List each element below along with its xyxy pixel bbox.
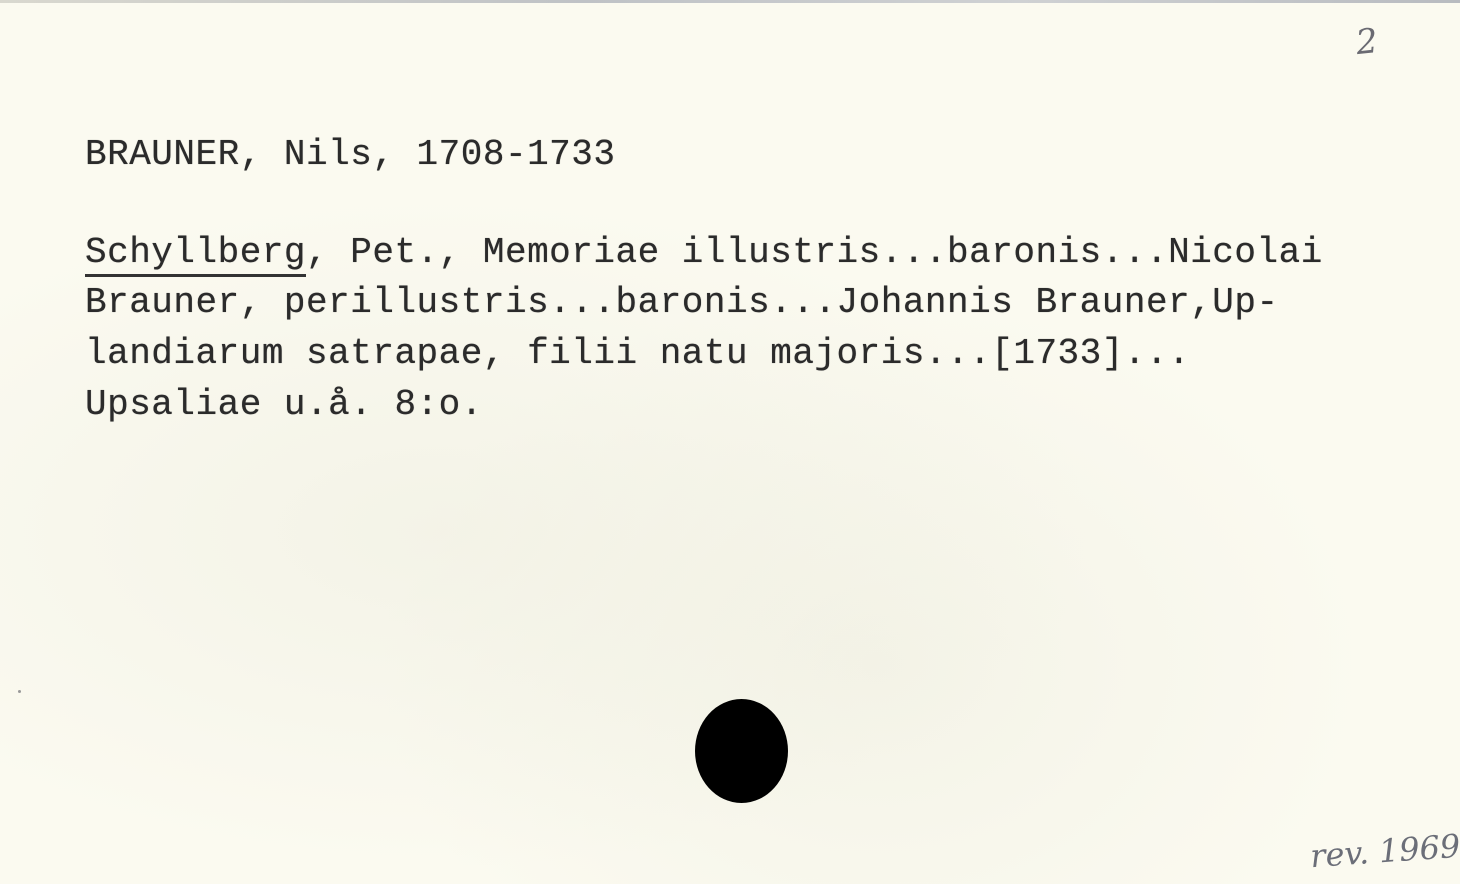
stray-mark	[18, 690, 21, 693]
catalog-card: 2 BRAUNER, Nils, 1708-1733 Schyllberg, P…	[0, 0, 1460, 884]
entry-line-2: Brauner, perillustris...baronis...Johann…	[85, 282, 1279, 323]
handwritten-page-number: 2	[1354, 21, 1380, 63]
handwritten-revision-note: rev. 1969	[1309, 827, 1460, 875]
punch-hole	[695, 699, 788, 803]
card-top-edge	[0, 0, 1460, 3]
entry-line-3: landiarum satrapae, filii natu majoris..…	[85, 333, 1190, 374]
entry-line-1: Schyllberg, Pet., Memoriae illustris...b…	[85, 232, 1323, 273]
entry-author: Schyllberg	[85, 232, 306, 277]
card-heading: BRAUNER, Nils, 1708-1733	[85, 134, 615, 175]
entry-line-4: Upsaliae u.å. 8:o.	[85, 384, 483, 425]
entry-line-1-rest: , Pet., Memoriae illustris...baronis...N…	[306, 232, 1323, 273]
